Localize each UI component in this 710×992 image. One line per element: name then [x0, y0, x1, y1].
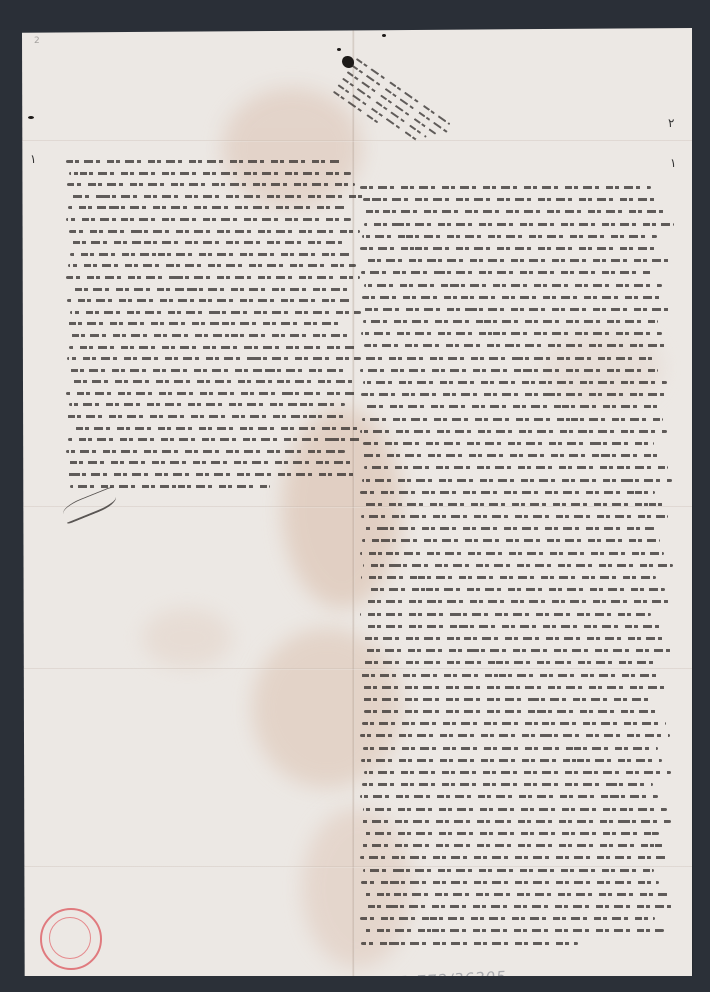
- left-text-block: [66, 160, 360, 496]
- handwritten-line: [363, 320, 658, 323]
- handwritten-line: [67, 357, 361, 360]
- handwritten-line: [360, 795, 658, 798]
- handwritten-line: [362, 479, 672, 482]
- handwritten-line: [364, 284, 662, 287]
- horizontal-fold: [22, 140, 692, 142]
- handwritten-line: [66, 334, 348, 337]
- handwritten-line: [360, 917, 655, 920]
- handwritten-line: [66, 160, 342, 163]
- margin-numeral: ١: [670, 156, 676, 170]
- handwritten-line: [360, 308, 670, 311]
- handwritten-line: [363, 198, 661, 201]
- handwritten-line: [360, 430, 667, 433]
- stamp-inner-ring: [49, 917, 91, 959]
- margin-numeral: ٢: [668, 116, 674, 130]
- handwritten-line: [362, 661, 657, 664]
- handwritten-line: [364, 223, 674, 226]
- document-sheet: 2 ٢ ١ ١ HAT. 772/36205: [22, 28, 692, 976]
- handwritten-line: [362, 357, 653, 360]
- handwritten-line: [363, 929, 664, 932]
- handwritten-line: [69, 230, 360, 233]
- handwritten-line: [68, 322, 344, 325]
- page-number: 2: [34, 36, 40, 46]
- handwritten-line: [69, 172, 351, 175]
- handwritten-line: [360, 491, 655, 494]
- handwritten-line: [361, 393, 671, 396]
- archive-stamp: [40, 908, 102, 970]
- handwritten-line: [360, 613, 651, 616]
- handwritten-line: [69, 346, 357, 349]
- ink-dot: [337, 48, 341, 51]
- handwritten-line: [363, 503, 664, 506]
- handwritten-line: [68, 380, 353, 383]
- handwritten-line: [364, 466, 668, 469]
- handwritten-line: [361, 210, 665, 213]
- handwritten-line: [364, 405, 659, 408]
- handwritten-line: [362, 600, 669, 603]
- handwritten-line: [362, 844, 663, 847]
- handwritten-line: [361, 820, 671, 823]
- handwritten-line: [362, 722, 666, 725]
- handwritten-line: [70, 311, 361, 314]
- handwritten-line: [67, 299, 352, 302]
- handwritten-line: [361, 515, 668, 518]
- handwritten-line: [70, 195, 364, 198]
- handwritten-line: [363, 747, 658, 750]
- handwritten-line: [361, 454, 659, 457]
- margin-numeral: ١: [30, 152, 36, 166]
- stain: [142, 608, 232, 668]
- handwritten-line: [363, 869, 654, 872]
- handwritten-line: [363, 686, 670, 689]
- handwritten-line: [360, 247, 661, 250]
- handwritten-line: [360, 552, 664, 555]
- handwritten-line: [361, 332, 662, 335]
- ink-dot: [382, 34, 386, 37]
- handwritten-line: [362, 296, 666, 299]
- handwritten-line: [363, 442, 654, 445]
- handwritten-line: [67, 415, 349, 418]
- handwritten-line: [362, 418, 663, 421]
- handwritten-line: [363, 625, 661, 628]
- handwritten-line: [363, 564, 673, 567]
- handwritten-line: [361, 698, 652, 701]
- handwritten-line: [362, 539, 660, 542]
- handwritten-line: [364, 771, 671, 774]
- handwritten-line: [68, 264, 356, 267]
- handwritten-line: [364, 832, 659, 835]
- right-text-block: [360, 186, 670, 954]
- handwritten-line: [66, 392, 357, 395]
- handwritten-line: [363, 259, 670, 262]
- handwritten-line: [364, 588, 665, 591]
- handwritten-line: [360, 186, 651, 189]
- handwritten-line: [360, 674, 661, 677]
- handwritten-line: [69, 403, 345, 406]
- handwritten-line: [69, 288, 348, 291]
- ink-dot: [28, 116, 34, 119]
- handwritten-line: [364, 649, 674, 652]
- handwritten-line: [70, 369, 349, 372]
- handwritten-line: [363, 808, 667, 811]
- handwritten-line: [361, 942, 578, 945]
- handwritten-line: [361, 881, 659, 884]
- handwritten-line: [361, 271, 652, 274]
- handwritten-line: [364, 893, 668, 896]
- handwritten-line: [360, 856, 667, 859]
- archive-reference: HAT. 772/36205: [374, 968, 508, 976]
- handwritten-line: [360, 734, 670, 737]
- handwritten-line: [361, 576, 656, 579]
- handwritten-line: [361, 637, 665, 640]
- handwritten-line: [68, 438, 362, 441]
- handwritten-line: [70, 485, 270, 488]
- handwritten-line: [363, 381, 667, 384]
- handwritten-line: [361, 759, 662, 762]
- handwritten-line: [67, 241, 343, 244]
- handwritten-line: [364, 527, 655, 530]
- handwritten-line: [70, 253, 352, 256]
- handwritten-line: [67, 473, 358, 476]
- scan-background: [0, 0, 710, 30]
- handwritten-line: [360, 369, 658, 372]
- handwritten-line: [68, 206, 347, 209]
- handwritten-line: [364, 710, 662, 713]
- handwritten-line: [66, 218, 351, 221]
- handwritten-line: [69, 461, 354, 464]
- handwritten-line: [362, 235, 657, 238]
- handwritten-line: [364, 344, 671, 347]
- handwritten-line: [66, 450, 345, 453]
- handwritten-line: [66, 276, 360, 279]
- handwritten-line: [70, 427, 358, 430]
- handwritten-line: [362, 783, 653, 786]
- handwritten-line: [362, 905, 672, 908]
- handwritten-line: [67, 183, 355, 186]
